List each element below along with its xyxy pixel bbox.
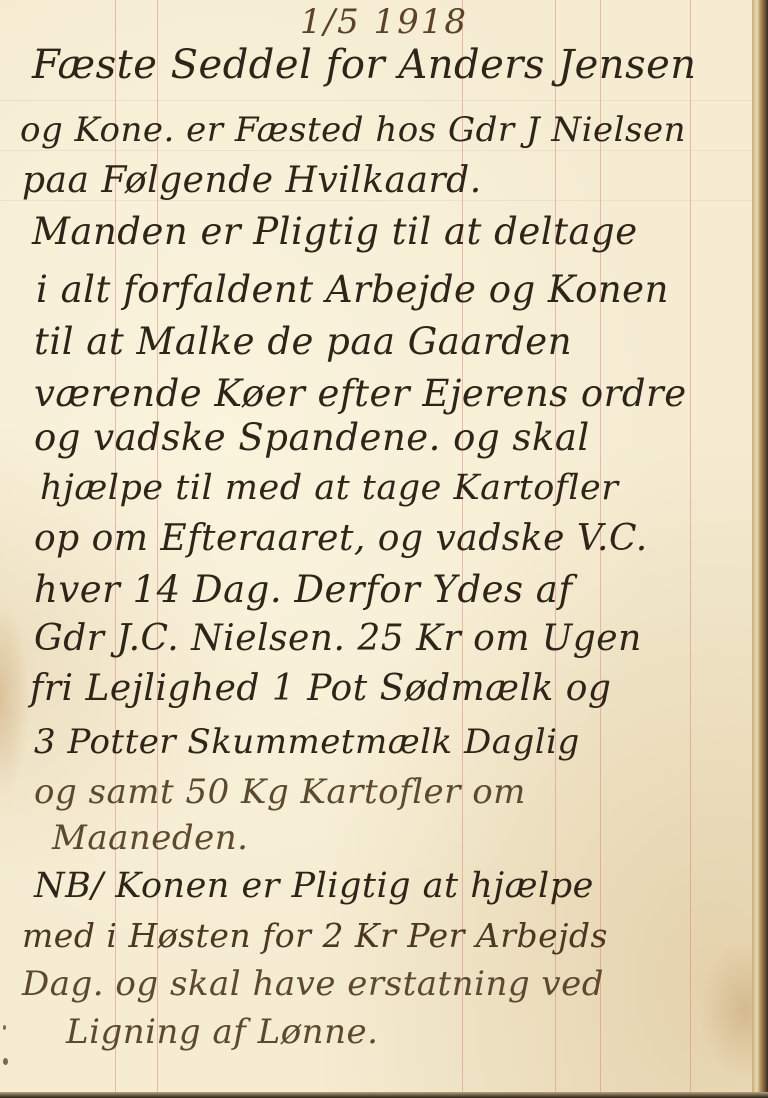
- text-line: til at Malke de paa Gaarden: [34, 320, 572, 363]
- text-line: Dag. og skal have erstatning ved: [22, 964, 604, 1004]
- text-line: og vadske Spandene. og skal: [34, 416, 590, 459]
- text-line: Maaneden.: [52, 818, 248, 858]
- text-line: Gdr J.C. Nielsen. 25 Kr om Ugen: [34, 618, 642, 659]
- text-line: og samt 50 Kg Kartofler om: [34, 772, 526, 812]
- entry-date: 1/5 1918: [300, 2, 468, 42]
- ink-blot: [3, 1025, 6, 1030]
- text-line: hjælpe til med at tage Kartofler: [40, 468, 618, 508]
- text-line: fri Lejlighed 1 Pot Sødmælk og: [30, 668, 611, 709]
- handwritten-text: 1/5 1918 Fæste Seddel for Anders Jensen …: [0, 0, 752, 1092]
- text-line: paa Følgende Hvilkaard.: [22, 160, 482, 201]
- text-line: hver 14 Dag. Derfor Ydes af: [34, 568, 573, 611]
- text-line: 3 Potter Skummetmælk Daglig: [34, 722, 580, 762]
- text-line: Ligning af Lønne.: [66, 1012, 378, 1052]
- text-line: værende Køer efter Ejerens ordre: [34, 372, 687, 415]
- text-line: med i Høsten for 2 Kr Per Arbejds: [22, 916, 608, 955]
- text-line: Manden er Pligtig til at deltage: [32, 210, 638, 253]
- text-line: og Kone. er Fæsted hos Gdr J Nielsen: [20, 110, 686, 150]
- ledger-page: 1/5 1918 Fæste Seddel for Anders Jensen …: [0, 0, 752, 1092]
- ink-blot: [3, 1058, 8, 1065]
- text-line: NB/ Konen er Pligtig at hjælpe: [34, 866, 594, 906]
- page-edge: [0, 1092, 768, 1098]
- text-line: Fæste Seddel for Anders Jensen: [32, 42, 697, 88]
- text-line: i alt forfaldent Arbejde og Konen: [36, 268, 669, 311]
- text-line: op om Efteraaret, og vadske V.C.: [34, 518, 648, 559]
- page-edge: [752, 0, 768, 1098]
